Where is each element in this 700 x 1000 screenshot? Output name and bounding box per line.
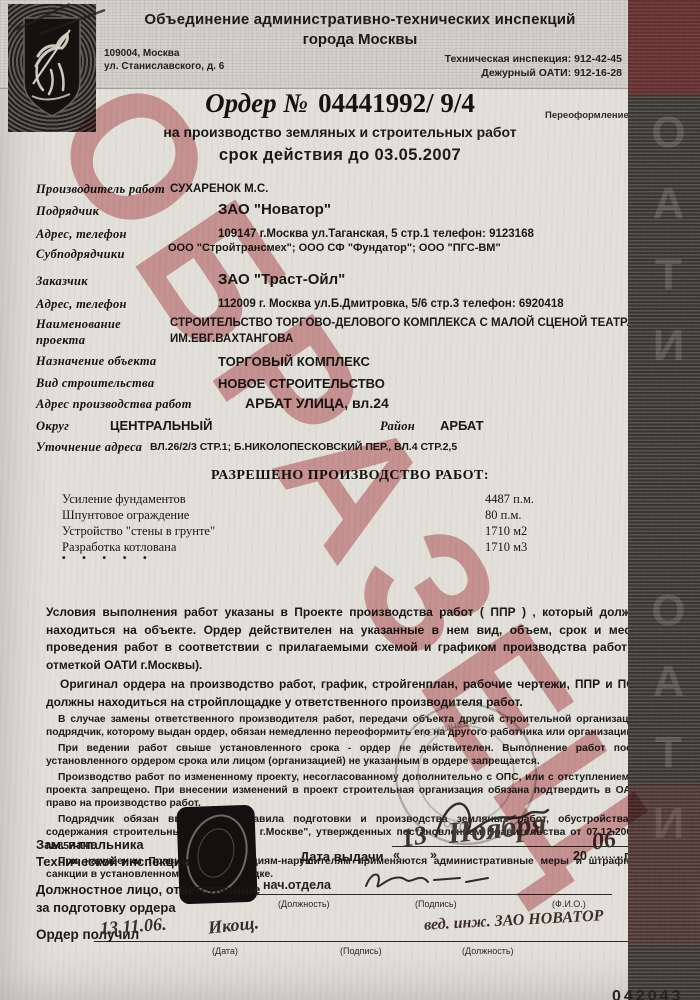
order-title: Ордер №04441992/ 9/4 (60, 88, 620, 119)
work-item-qty: 80 п.м. (485, 508, 521, 523)
area-value: АРБАТ (440, 418, 484, 433)
column-label-signature: (Подпись) (340, 946, 382, 956)
conditions-paragraph: Условия выполнения работ указаны в Проек… (46, 604, 644, 674)
clarification-value: ВЛ.26/2/3 СТР.1; Б.НИКОЛОПЕСКОВСКИЙ ПЕР.… (150, 441, 457, 453)
conditions-paragraph: При ведении работ свыше установленного с… (46, 742, 644, 769)
field-label: Производитель работ (36, 182, 165, 197)
field-label: Субподрядчики (36, 247, 125, 262)
responsible-label-line2: за подготовку ордера (36, 900, 176, 915)
pen-scratch-marks (10, 0, 120, 40)
district-value: ЦЕНТРАЛЬНЫЙ (110, 418, 213, 433)
work-item-name: Шпунтовое ограждение (62, 508, 189, 523)
handwritten-received-date: 13.11.06. (99, 914, 167, 940)
column-label-position: (Должность) (462, 946, 514, 956)
stamp-text-top: ТЕХНИЧЕСКАЯ (420, 713, 488, 739)
scan-edge-band: ОАТИ ОАТИ (628, 0, 700, 1000)
band-oati-letters: ОАТИ (643, 586, 693, 870)
field-label: Назначение объекта (36, 354, 156, 369)
conditions-paragraph: Производство работ по измененному проект… (46, 771, 644, 811)
work-item-name: Устройство "стены в грунте" (62, 524, 215, 539)
inspector-signature-ink (432, 792, 552, 844)
handwritten-received-signature: Икощ. (207, 912, 260, 938)
order-subtitle: на производство земляных и строительных … (60, 124, 620, 140)
order-title-prefix: Ордер № (205, 88, 308, 118)
field-value: НОВОЕ СТРОИТЕЛЬСТВО (218, 376, 385, 391)
band-oati-letters: ОАТИ (643, 108, 693, 392)
field-value: 112009 г. Москва ул.Б.Дмитровка, 5/6 стр… (218, 298, 564, 310)
field-value: 109147 г.Москва ул.Таганская, 5 стр.1 те… (218, 228, 534, 240)
official-title-line1: Зам. начальника (36, 837, 144, 852)
field-label: Заказчик (36, 274, 88, 289)
order-number: 04441992/ 9/4 (318, 88, 475, 118)
district-label: Округ (36, 419, 69, 434)
printed-year-prefix: 20 (573, 849, 587, 863)
field-label: Вид строительства (36, 376, 154, 391)
handwritten-day: 13 (399, 820, 430, 854)
field-value: СТРОИТЕЛЬСТВО ТОРГОВО-ДЕЛОВОГО КОМПЛЕКСА… (170, 315, 640, 347)
org-title-line2: города Москвы (100, 31, 620, 48)
quote-close: » (430, 848, 437, 862)
column-label-signature: (Подпись) (415, 899, 457, 909)
responsible-label-line1: Должностное лицо, ответственное (36, 882, 260, 897)
column-label-date: (Дата) (212, 946, 238, 956)
clarification-label: Уточнение адреса (36, 440, 142, 455)
quote-open: « (393, 848, 400, 862)
field-value: ЗАО "Траст-Ойл" (218, 271, 345, 288)
responsible-signature-ink (362, 864, 512, 896)
field-value: ООО "Стройтрансмех"; ООО СФ "Фундатор"; … (168, 242, 501, 254)
handwritten-year: 06 (590, 826, 618, 856)
field-value: ЗАО "Новатор" (218, 201, 331, 218)
org-address-line2: ул. Станиславского, д. 6 (104, 60, 224, 73)
field-label: Адрес, телефон (36, 297, 127, 312)
phone-tech-inspection: Техническая инспекция: 912-42-45 (445, 52, 622, 66)
field-value: АРБАТ УЛИЦА, вл.24 (245, 395, 389, 411)
official-title-line2: Технической инспекции (36, 854, 190, 869)
area-label: Район (380, 419, 415, 434)
org-phones: Техническая инспекция: 912-42-45 Дежурны… (445, 52, 622, 80)
issue-date-label: Дата выдачи (300, 849, 384, 864)
org-address: 109004, Москва ул. Станиславского, д. 6 (104, 47, 224, 73)
work-item-qty: 1710 м3 (485, 540, 527, 555)
work-item-name: Усиление фундаментов (62, 492, 186, 507)
conditions-paragraph: Оригинал ордера на производство работ, г… (46, 676, 644, 711)
field-label: Наименование проекта (36, 316, 126, 348)
conditions-paragraph: В случае замены ответственного производи… (46, 713, 644, 740)
works-more-bullets: • • • • • (62, 553, 154, 564)
handwritten-received-role: вед. инж. ЗАО НОВАТОР (424, 907, 604, 934)
field-value: СУХАРЕНОК М.С. (170, 183, 268, 195)
org-address-line1: 109004, Москва (104, 47, 224, 60)
phone-duty-oati: Дежурный ОАТИ: 912-16-28 (445, 66, 622, 80)
column-label-position: (Должность) (278, 899, 330, 909)
form-serial-number: 042043 (612, 989, 683, 1000)
order-document-scan: Объединение административно-технических … (0, 0, 700, 1000)
field-label: Адрес, телефон (36, 227, 127, 242)
order-validity: срок действия до 03.05.2007 (60, 146, 620, 165)
position-value: нач.отдела (263, 878, 331, 892)
work-item-qty: 1710 м2 (485, 524, 527, 539)
field-label: Адрес производства работ (36, 397, 192, 412)
work-item-qty: 4487 п.м. (485, 492, 534, 507)
org-title-line1: Объединение административно-технических … (100, 11, 620, 28)
field-label: Подрядчик (36, 204, 99, 219)
works-section-title: РАЗРЕШЕНО ПРОИЗВОДСТВО РАБОТ: (150, 468, 550, 484)
field-value: ТОРГОВЫЙ КОМПЛЕКС (218, 354, 370, 369)
